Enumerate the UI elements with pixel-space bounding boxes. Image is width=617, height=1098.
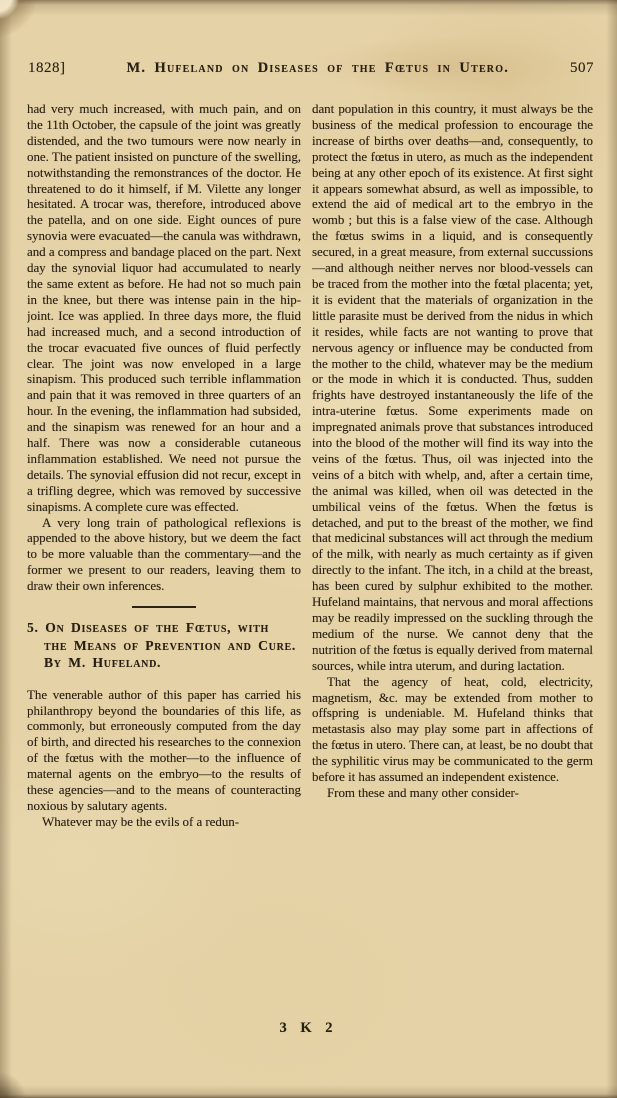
section-divider-rule	[132, 606, 196, 608]
whatever-evils-paragraph: Whatever may be the evils of a redun-	[27, 814, 301, 830]
article-heading-line-1: 5. On Diseases of the Fœtus, with	[27, 619, 301, 637]
article-heading-line-3: By M. Hufeland.	[27, 654, 301, 672]
agency-paragraph: That the agency of heat, cold, electrici…	[312, 674, 593, 785]
case-history-paragraph: had very much increased, with much pain,…	[27, 101, 301, 515]
scanned-journal-page: 1828] M. Hufeland on Diseases of the Fœt…	[0, 0, 617, 1098]
running-head: 1828] M. Hufeland on Diseases of the Fœt…	[28, 60, 594, 77]
printer-signature-mark: 3 K 2	[0, 1020, 617, 1037]
page-number: 507	[570, 60, 594, 77]
article-heading: 5. On Diseases of the Fœtus, with the Me…	[27, 619, 301, 672]
venerable-author-paragraph: The venerable author of this paper has c…	[27, 687, 301, 814]
from-these-paragraph: From these and many other consider-	[312, 785, 593, 801]
reflexions-paragraph: A very long train of pathological reflex…	[27, 515, 301, 595]
left-column: had very much increased, with much pain,…	[27, 101, 301, 1037]
article-heading-line-2: the Means of Prevention and Cure.	[27, 637, 301, 655]
year-mark: 1828]	[28, 60, 66, 77]
right-column: dant population in this country, it must…	[312, 101, 593, 1017]
running-title: M. Hufeland on Diseases of the Fœtus in …	[126, 60, 509, 77]
population-paragraph: dant population in this country, it must…	[312, 101, 593, 674]
